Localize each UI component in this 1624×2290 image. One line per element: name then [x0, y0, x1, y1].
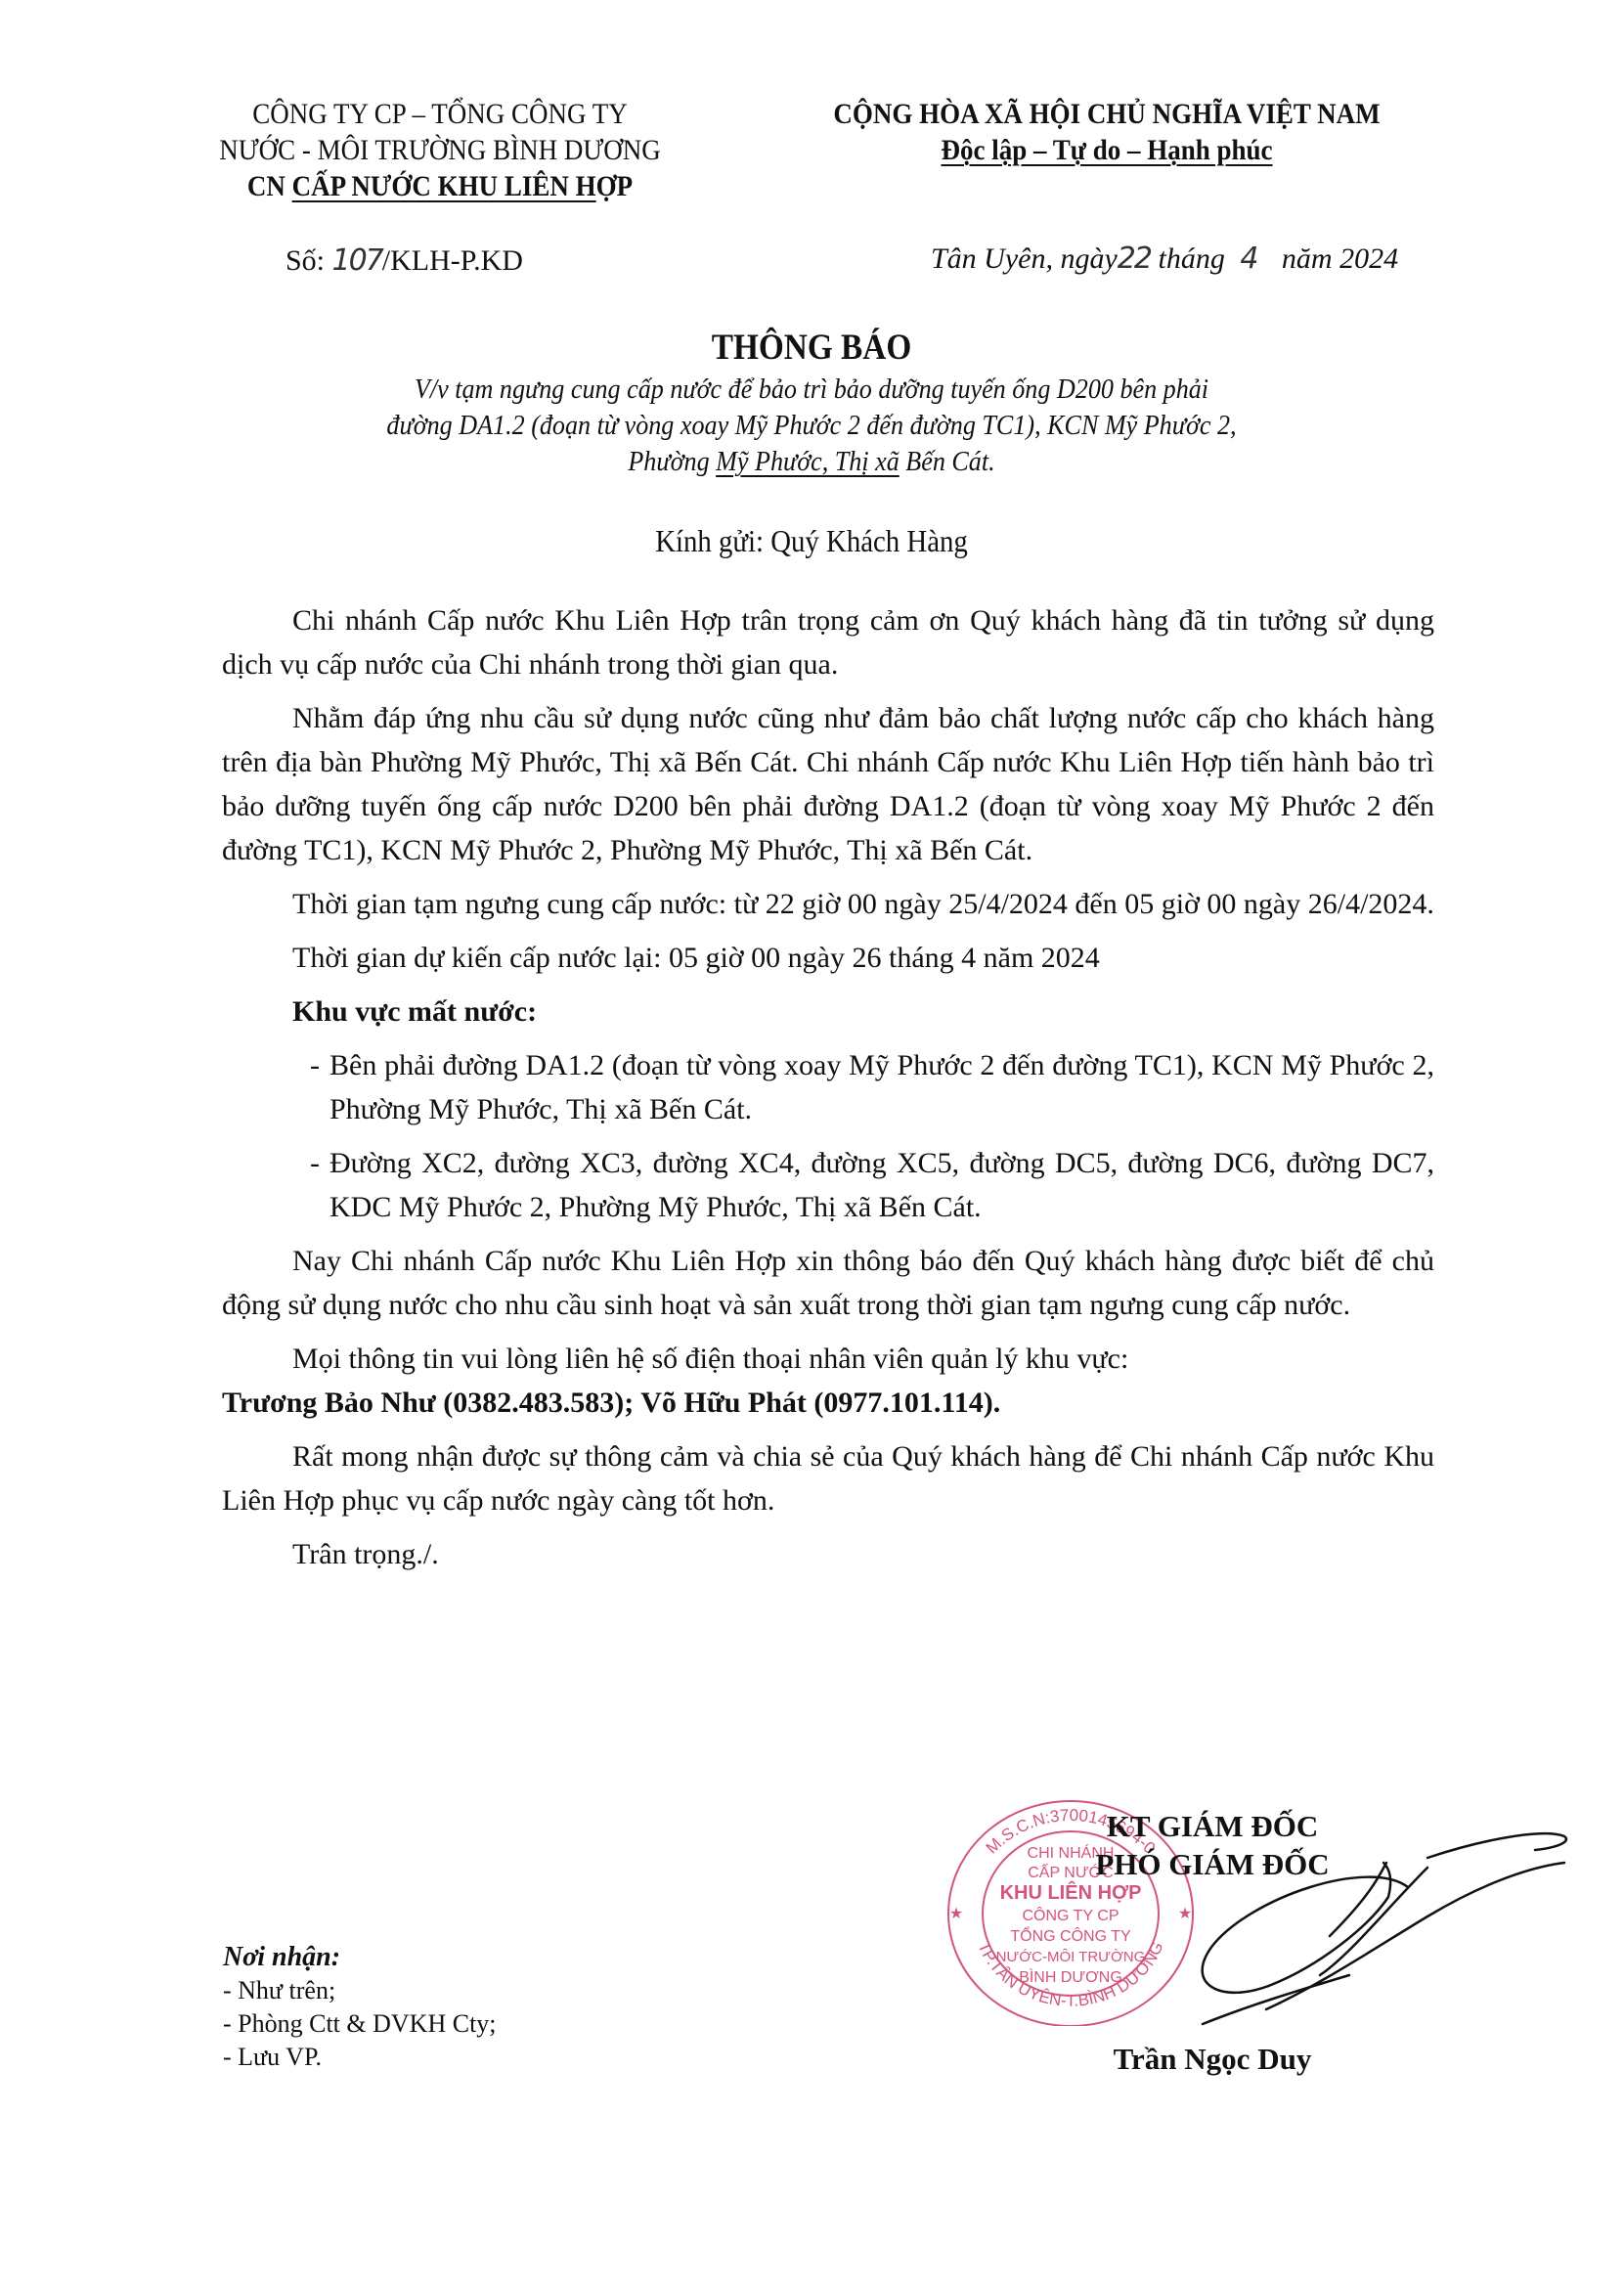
recipients: Nơi nhận: - Như trên; - Phòng Ctt & DVKH… — [223, 1941, 497, 2074]
bullet-dash: - — [310, 1141, 320, 1185]
org-name-line1: CÔNG TY CP – TỔNG CÔNG TY — [232, 98, 648, 131]
paragraph-notice: Nay Chi nhánh Cấp nước Khu Liên Hợp xin … — [222, 1239, 1434, 1327]
recipient-item: - Như trên; — [223, 1974, 497, 2007]
handwritten-signature-icon — [1105, 1819, 1574, 2044]
paragraph-closing: Rất mong nhận được sự thông cảm và chia … — [222, 1434, 1434, 1522]
recipients-label: Nơi nhận: — [223, 1941, 497, 1974]
recipient-item: - Phòng Ctt & DVKH Cty; — [223, 2007, 497, 2041]
bullet-dash: - — [310, 1043, 320, 1087]
handwritten-number: 107 — [332, 243, 382, 278]
svg-text:★: ★ — [949, 1906, 963, 1922]
document-title: THÔNG BÁO — [700, 327, 922, 369]
paragraph-maintenance: Nhằm đáp ứng nhu cầu sử dụng nước cũng n… — [222, 696, 1434, 872]
subject-line3: Phường Mỹ Phước, Thị xã Bến Cát. — [608, 444, 1016, 480]
affected-area-item: -Bên phải đường DA1.2 (đoạn từ vòng xoay… — [222, 1043, 1434, 1131]
paragraph-thanks: Chi nhánh Cấp nước Khu Liên Hợp trân trọ… — [222, 598, 1434, 686]
affected-area-item: -Đường XC2, đường XC3, đường XC4, đường … — [222, 1141, 1434, 1229]
closing-regards: Trân trọng./. — [222, 1532, 1434, 1576]
nation-motto: Độc lập – Tự do – Hạnh phúc — [923, 134, 1292, 167]
signer-name: Trần Ngọc Duy — [1114, 2042, 1312, 2077]
handwritten-month: 4 — [1240, 242, 1256, 276]
branch-name: CN CẤP NƯỚC KHU LIÊN HỢP — [226, 170, 654, 203]
greeting: Kính gửi: Quý Khách Hàng — [637, 523, 985, 559]
document-date: Tân Uyên, ngày22 tháng 4 năm 2024 — [931, 242, 1398, 276]
document-number: Số: 107/KLH-P.KD — [285, 244, 523, 278]
paragraph-outage-time: Thời gian tạm ngưng cung cấp nước: từ 22… — [222, 882, 1434, 926]
affected-area-heading: Khu vực mất nước: — [222, 990, 1434, 1034]
org-name-line2: NƯỚC - MÔI TRƯỜNG BÌNH DƯƠNG — [195, 134, 685, 167]
recipient-item: - Lưu VP. — [223, 2041, 497, 2074]
contact-persons: Trương Bảo Như (0382.483.583); Võ Hữu Ph… — [222, 1381, 1434, 1425]
paragraph-restore-time: Thời gian dự kiến cấp nước lại: 05 giờ 0… — [222, 936, 1434, 980]
subject-line2: đường DA1.2 (đoạn từ vòng xoay Mỹ Phước … — [339, 408, 1284, 444]
paragraph-contact: Mọi thông tin vui lòng liên hệ số điện t… — [222, 1337, 1434, 1381]
subject-line1: V/v tạm ngưng cung cấp nước để bảo trì b… — [371, 372, 1252, 408]
nation-title: CỘNG HÒA XÃ HỘI CHỦ NGHĨA VIỆT NAM — [803, 98, 1410, 131]
body: Chi nhánh Cấp nước Khu Liên Hợp trân trọ… — [222, 598, 1434, 1576]
handwritten-day: 22 — [1118, 242, 1151, 276]
